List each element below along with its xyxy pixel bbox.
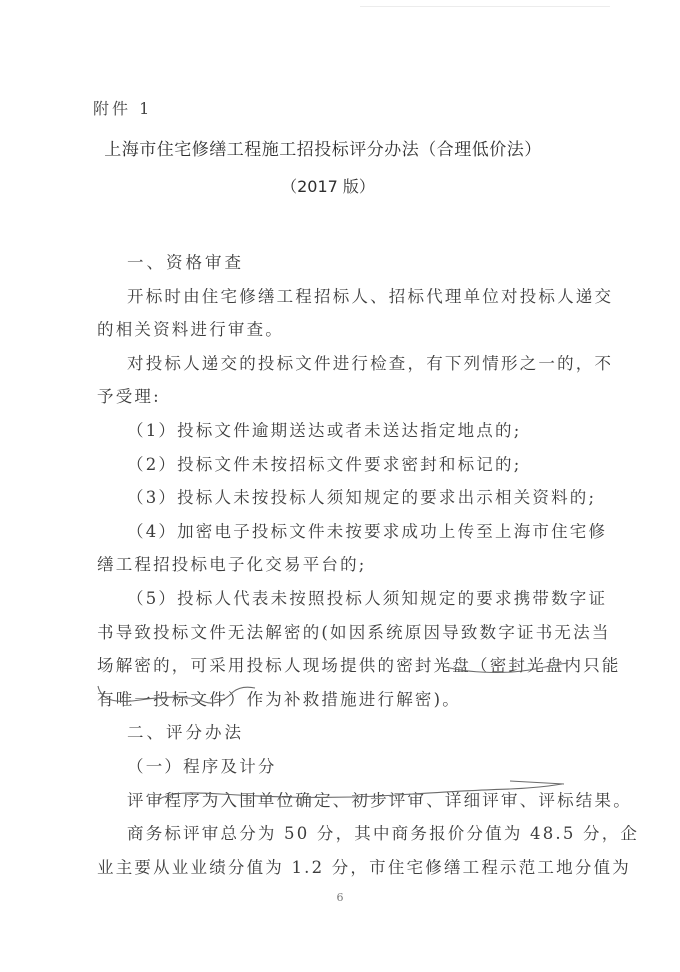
section-heading-scoring: 二、评分办法 bbox=[97, 716, 567, 750]
document-page: 附件 1 上海市住宅修缮工程施工招投标评分办法（合理低价法） （2017 版） … bbox=[0, 0, 680, 972]
subsection-heading: （一）程序及计分 bbox=[97, 750, 567, 784]
document-title: 上海市住宅修缮工程施工招投标评分办法（合理低价法） bbox=[0, 138, 646, 162]
list-item: （3）投标人未按投标人须知规定的要求出示相关资料的; bbox=[97, 481, 567, 515]
paragraph-line: 开标时由住宅修缮工程招标人、招标代理单位对投标人递交 bbox=[97, 280, 567, 314]
list-item: （2）投标文件未按招标文件要求密封和标记的; bbox=[97, 448, 567, 482]
list-item-continuation: 缮工程招投标电子化交易平台的; bbox=[97, 548, 567, 582]
paragraph-line: 的相关资料进行审查。 bbox=[97, 313, 567, 347]
list-item: （5）投标人代表未按照投标人须知规定的要求携带数字证 bbox=[97, 582, 567, 616]
list-item: （1）投标文件逾期送达或者未送达指定地点的; bbox=[97, 414, 567, 448]
list-item-continuation: 有唯一投标文件）作为补救措施进行解密)。 bbox=[97, 683, 567, 717]
paragraph-line: 对投标人递交的投标文件进行检查，有下列情形之一的，不 bbox=[97, 347, 567, 381]
list-item-continuation: 书导致投标文件无法解密的(如因系统原因导致数字证书无法当 bbox=[97, 616, 567, 650]
list-item-continuation: 场解密的，可采用投标人现场提供的密封光盘（密封光盘内只能 bbox=[97, 649, 567, 683]
paragraph-line: 予受理: bbox=[97, 380, 567, 414]
paragraph-line: 评审程序为入围单位确定、初步评审、详细评审、评标结果。 bbox=[97, 784, 567, 818]
document-subtitle: （2017 版） bbox=[0, 175, 656, 199]
section-heading-qualification: 一、资格审查 bbox=[97, 246, 567, 280]
page-number: 6 bbox=[0, 891, 680, 904]
paragraph-line: 业主要从业业绩分值为 1.2 分，市住宅修缮工程示范工地分值为 bbox=[97, 851, 567, 885]
attachment-label: 附件 1 bbox=[93, 99, 152, 119]
paragraph-line: 商务标评审总分为 50 分，其中商务报价分值为 48.5 分，企 bbox=[97, 817, 567, 851]
document-body: 一、资格审查 开标时由住宅修缮工程招标人、招标代理单位对投标人递交 的相关资料进… bbox=[97, 246, 567, 884]
list-item: （4）加密电子投标文件未按要求成功上传至上海市住宅修 bbox=[97, 515, 567, 549]
